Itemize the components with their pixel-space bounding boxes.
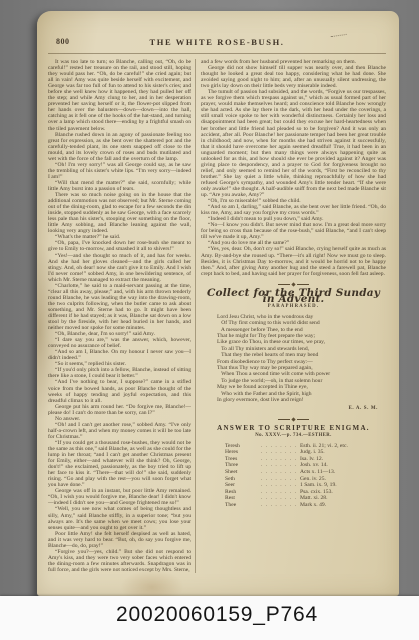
collect-poem: Lord Jesu Christ, who in the wondrous da…	[217, 314, 386, 404]
story-paragraph: George did not show himself till supper …	[201, 65, 386, 89]
enigma-word: Trees	[225, 456, 261, 463]
enigma-word: Rest	[225, 495, 261, 502]
scan-id-label: 20020060159_P764	[116, 603, 318, 627]
enigma-word: Resh	[225, 489, 261, 496]
story-paragraph: George put his arm round her. “Do forgiv…	[48, 404, 191, 416]
enigma-row: Three . . . . . . . . Josh. xv. 14.	[225, 462, 374, 469]
ornament-diamond-icon	[291, 417, 295, 421]
enigma-scripture-reference: Psa. cxix. 153.	[297, 489, 374, 496]
story-paragraph: “Will that mend the matter?” she said, s…	[48, 180, 191, 192]
enigma-row: Rest . . . . . . . . Matt. xi. 28.	[225, 495, 374, 502]
enigma-scripture-reference: 1 Sam. ix. 9, 19.	[297, 482, 374, 489]
story-column-right: and a few words from her husband prevent…	[196, 59, 386, 573]
dot-leader: . . . . . . . .	[261, 502, 297, 509]
publication-title: THE WHITE ROSE-BUSH.	[48, 37, 386, 47]
enigma-word: Thee	[225, 502, 261, 509]
enigma-scripture-reference: Josh. xv. 14.	[297, 462, 374, 469]
story-paragraph: “And I've nothing to bear, I suppose?” c…	[48, 379, 191, 403]
enigma-word: Three	[225, 462, 261, 469]
story-paragraph: “Yes, yes, dear. Oh, don't cry so!” said…	[201, 246, 386, 276]
enigma-word: Seer	[225, 482, 261, 489]
enigma-scripture-reference: Gen. iv. 25.	[297, 476, 374, 483]
enigma-scripture-reference: Matt. xi. 28.	[297, 495, 374, 502]
story-paragraph: Poor little Amy! she felt herself despis…	[48, 531, 191, 549]
dot-leader: . . . . . . . .	[261, 469, 297, 476]
story-paragraph: There was so much noise going on in the …	[48, 192, 191, 234]
story-paragraph: “Forgive you?—yes, child.” But she did n…	[48, 549, 191, 573]
poem-line: In glory evermore, dost live and reign!	[217, 397, 386, 403]
enigma-scripture-reference: Mark x. 49.	[297, 502, 374, 509]
story-paragraph: “Well, you see now what comes of being t…	[48, 506, 191, 530]
dot-leader: . . . . . . . .	[261, 443, 297, 450]
story-paragraph: “Oh! I'm very sorry!” was all George cou…	[48, 162, 191, 180]
dot-leader: . . . . . . . .	[261, 495, 297, 502]
enigma-word: Heres	[225, 449, 261, 456]
enigma-row: Seth . . . . . . . . Gen. iv. 25.	[225, 476, 374, 483]
collect-heading: Collect for the Third Sunday in Advent.	[201, 290, 386, 302]
ornament-diamond-icon	[291, 282, 295, 286]
enigma-scripture-reference: Isa. lv. 12.	[297, 456, 374, 463]
ornament-line	[278, 419, 290, 420]
enigma-row: Heres . . . . . . . . Judg. i. 35.	[225, 449, 374, 456]
enigma-row: Seer . . . . . . . . 1 Sam. ix. 9, 19.	[225, 482, 374, 489]
section-divider-ornament	[201, 418, 386, 421]
enigma-subheading: No. XXXV.—p. 734.—ESTHER.	[201, 433, 386, 439]
story-paragraph: “Oh, papa, I've knocked down her rose-bu…	[48, 240, 191, 252]
story-paragraph: It was too late to turn; so Blanche, cal…	[48, 59, 191, 132]
story-paragraph: “Oh! and I can't get another rose,” sobb…	[48, 422, 191, 440]
story-paragraph: “I dare say you are,” was the answer, wh…	[48, 337, 191, 349]
story-column-left: It was too late to turn; so Blanche, cal…	[48, 59, 195, 573]
collect-subheading: PARAPHRASED.	[201, 304, 386, 310]
section-divider-ornament	[201, 283, 386, 286]
story-paragraph: George was off in an instant, but poor l…	[48, 488, 191, 506]
enigma-answer-table: Teresh . . . . . . . . Esth. ii. 21; vi.…	[225, 443, 374, 509]
enigma-scripture-reference: Judg. i. 35.	[297, 449, 374, 456]
enigma-word: Seth	[225, 476, 261, 483]
poem-attribution: E. A. S. M.	[201, 406, 386, 412]
enigma-heading: ANSWER TO SCRIPTURE ENIGMA.	[201, 425, 386, 431]
enigma-row: Thee . . . . . . . . Mark x. 49.	[225, 502, 374, 509]
enigma-row: Teresh . . . . . . . . Esth. ii. 21; vi.…	[225, 443, 374, 450]
dot-leader: . . . . . . . .	[261, 449, 297, 456]
story-paragraph: “No—I know you didn't. But never mind th…	[201, 222, 386, 240]
dot-leader: . . . . . . . .	[261, 489, 297, 496]
dot-leader: . . . . . . . .	[261, 462, 297, 469]
ornament-line	[297, 284, 309, 285]
story-paragraph: “Yes!—and she thought so much of it, and…	[48, 253, 191, 283]
enigma-row: Trees . . . . . . . . Isa. lv. 12.	[225, 456, 374, 463]
enigma-row: Sheet . . . . . . . . Acts x. 11—13.	[225, 469, 374, 476]
story-paragraph: “If you could get a thousand rose-bushes…	[48, 440, 191, 488]
page-content: 800 THE WHITE ROSE-BUSH. It was too late…	[37, 11, 399, 573]
scan-footer-strip: 20020060159_P764	[0, 596, 419, 640]
story-continuation: and a few words from her husband prevent…	[201, 59, 386, 277]
text-columns: It was too late to turn; so Blanche, cal…	[48, 59, 386, 573]
scanned-document: 800 THE WHITE ROSE-BUSH. It was too late…	[0, 0, 419, 640]
header-rule	[48, 53, 386, 54]
story-paragraph: “And so am I, Blanche. On my honour I ne…	[48, 349, 191, 361]
enigma-row: Resh . . . . . . . . Psa. cxix. 153.	[225, 489, 374, 496]
story-paragraph: The tumult of passion had subsided, and …	[201, 89, 386, 198]
story-paragraph: Blanche rushed down in an agony of passi…	[48, 132, 191, 162]
enigma-word: Teresh	[225, 443, 261, 450]
page-header: 800 THE WHITE ROSE-BUSH.	[48, 37, 386, 49]
story-paragraph: “And so am I, darling,” said Blanche, as…	[201, 204, 386, 216]
story-paragraph: “If you'd only pitch into a fellow, Blan…	[48, 367, 191, 379]
story-paragraph: “Charlotte,” he said to a maid-servant p…	[48, 283, 191, 331]
dot-leader: . . . . . . . .	[261, 482, 297, 489]
enigma-scripture-reference: Esth. ii. 21; vi. 2, etc.	[297, 443, 374, 450]
ornament-line	[278, 284, 290, 285]
ornament-line	[297, 419, 309, 420]
dot-leader: . . . . . . . .	[261, 456, 297, 463]
enigma-scripture-reference: Acts x. 11—13.	[297, 469, 374, 476]
magazine-page: 800 THE WHITE ROSE-BUSH. It was too late…	[37, 11, 399, 596]
dot-leader: . . . . . . . .	[261, 476, 297, 483]
enigma-word: Sheet	[225, 469, 261, 476]
